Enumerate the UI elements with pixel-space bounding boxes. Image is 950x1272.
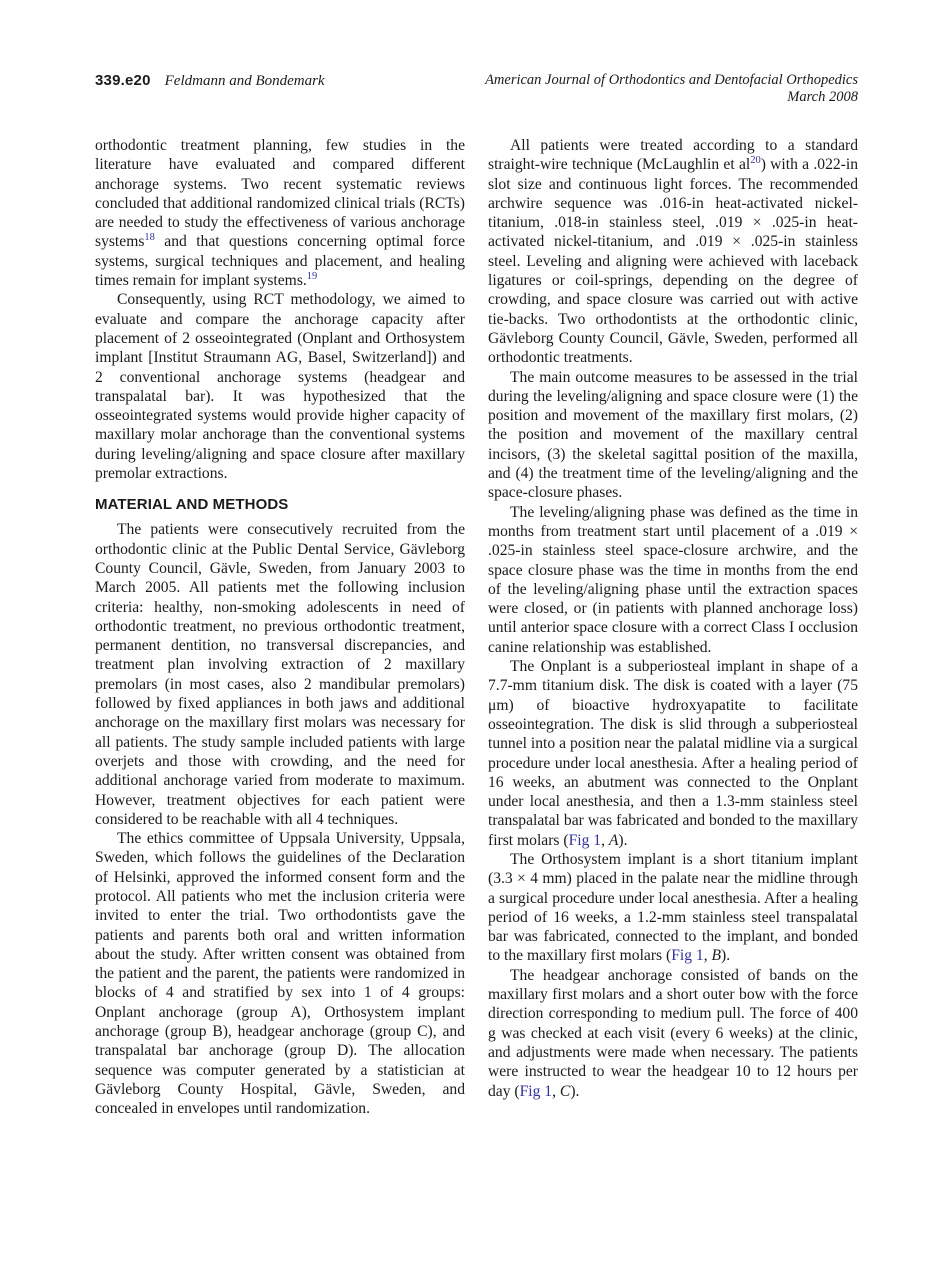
text-segment: , — [601, 832, 609, 849]
article-body: orthodontic treatment planning, few stud… — [95, 136, 858, 1119]
text-segment: The main outcome measures to be assessed… — [488, 369, 858, 502]
issue-date: March 2008 — [485, 89, 858, 106]
text-segment: The leveling/aligning phase was defined … — [488, 504, 858, 656]
paragraph: The Orthosystem implant is a short titan… — [488, 850, 858, 966]
journal-page: 339.e20Feldmann and Bondemark American J… — [0, 0, 950, 1272]
paragraph: The headgear anchorage consisted of band… — [488, 966, 858, 1101]
reference-link[interactable]: 20 — [750, 155, 761, 166]
figure-link[interactable]: Fig 1 — [671, 947, 704, 964]
text-segment: ) with a .022-in slot size and continuou… — [488, 156, 858, 366]
reference-link[interactable]: 19 — [307, 271, 318, 282]
text-segment: ). — [570, 1083, 579, 1100]
paragraph: The ethics committee of Uppsala Universi… — [95, 829, 465, 1118]
running-head-authors: Feldmann and Bondemark — [165, 73, 325, 89]
paragraph: orthodontic treatment planning, few stud… — [95, 136, 465, 290]
paragraph: The main outcome measures to be assessed… — [488, 368, 858, 503]
text-segment: The ethics committee of Uppsala Universi… — [95, 830, 465, 1117]
text-segment: Consequently, using RCT methodology, we … — [95, 291, 465, 482]
text-segment: The headgear anchorage consisted of band… — [488, 967, 858, 1100]
figure-link[interactable]: Fig 1 — [520, 1083, 553, 1100]
reference-link[interactable]: 18 — [144, 232, 155, 243]
text-segment: ). — [721, 947, 730, 964]
left-column: orthodontic treatment planning, few stud… — [95, 136, 465, 1119]
paragraph: Consequently, using RCT methodology, we … — [95, 290, 465, 483]
journal-title: American Journal of Orthodontics and Den… — [485, 72, 858, 89]
paragraph: The Onplant is a subperiosteal implant i… — [488, 657, 858, 850]
paragraph: The patients were consecutively recruite… — [95, 520, 465, 829]
text-segment: The Onplant is a subperiosteal implant i… — [488, 658, 858, 849]
text-segment: The patients were consecutively recruite… — [95, 521, 465, 827]
figure-link[interactable]: Fig 1 — [569, 832, 602, 849]
figure-panel-letter: B — [711, 947, 721, 964]
running-header: 339.e20Feldmann and Bondemark American J… — [95, 72, 858, 106]
text-segment: , — [552, 1083, 560, 1100]
right-column: All patients were treated according to a… — [488, 136, 858, 1119]
running-header-left: 339.e20Feldmann and Bondemark — [95, 72, 325, 90]
page-number: 339.e20 — [95, 72, 151, 89]
text-segment: ). — [618, 832, 627, 849]
paragraph: The leveling/aligning phase was defined … — [488, 503, 858, 657]
figure-panel-letter: A — [609, 832, 619, 849]
paragraph: All patients were treated according to a… — [488, 136, 858, 368]
running-header-right: American Journal of Orthodontics and Den… — [485, 72, 858, 106]
figure-panel-letter: C — [560, 1083, 570, 1100]
section-heading: MATERIAL AND METHODS — [95, 496, 465, 513]
